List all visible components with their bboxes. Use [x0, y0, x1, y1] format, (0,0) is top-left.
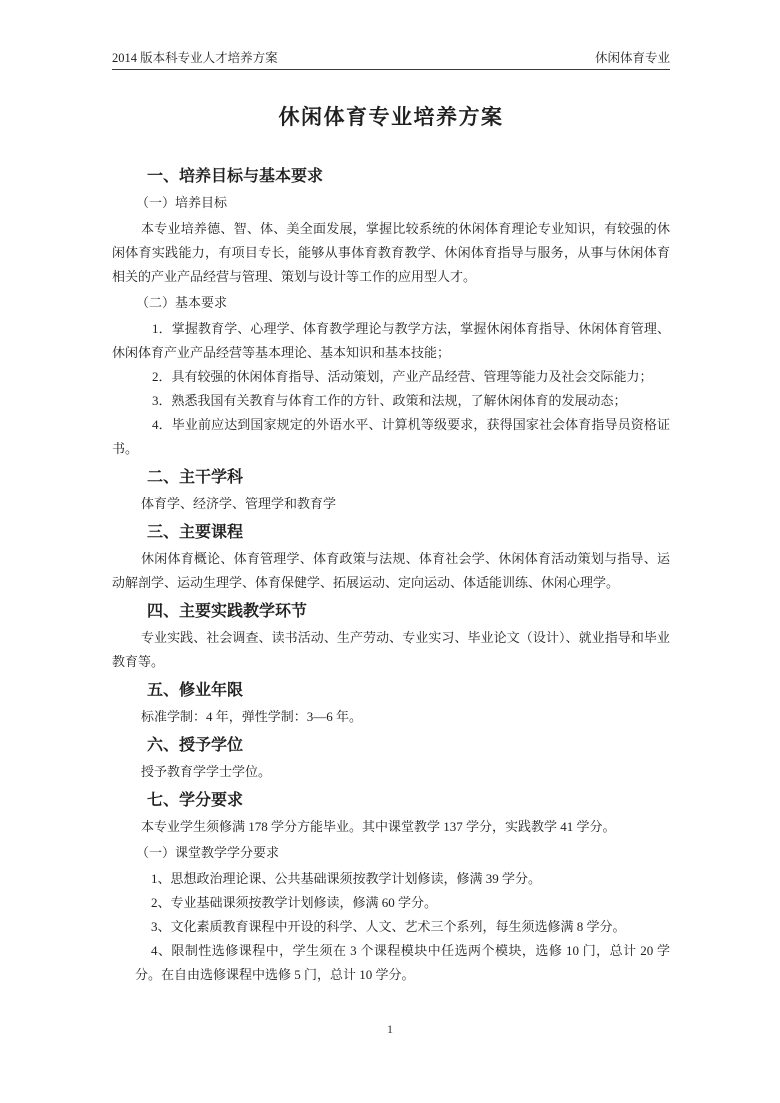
- section-4-heading: 四、主要实践教学环节: [112, 599, 670, 624]
- section-7-item-3: 3、文化素质教育课程中开设的科学、人文、艺术三个系列，每生须选修满 8 学分。: [112, 915, 670, 939]
- document-page: 2014 版本科专业人才培养方案 休闲体育专业 休闲体育专业培养方案 一、培养目…: [0, 0, 780, 1103]
- section-7-item-4: 4、限制性选修课程中，学生须在 3 个课程模块中任选两个模块，选修 10 门，总…: [112, 939, 670, 987]
- section-6-paragraph: 授予教育学学士学位。: [112, 760, 670, 784]
- section-1-heading: 一、培养目标与基本要求: [112, 164, 670, 189]
- page-number: 1: [387, 1022, 393, 1036]
- section-5-paragraph: 标准学制：4 年，弹性学制：3—6 年。: [112, 705, 670, 729]
- section-1-paragraph-1: 本专业培养德、智、体、美全面发展，掌握比较系统的休闲体育理论专业知识，有较强的休…: [112, 217, 670, 289]
- section-3-heading: 三、主要课程: [112, 520, 670, 545]
- section-1-item-4: 4．毕业前应达到国家规定的外语水平、计算机等级要求，获得国家社会体育指导员资格证…: [112, 413, 670, 461]
- section-2-paragraph: 体育学、经济学、管理学和教育学: [112, 492, 670, 516]
- section-1-item-1: 1．掌握教育学、心理学、体育教学理论与教学方法，掌握休闲体育指导、休闲体育管理、…: [112, 317, 670, 365]
- section-7-intro: 本专业学生须修满 178 学分方能毕业。其中课堂教学 137 学分，实践教学 4…: [112, 815, 670, 839]
- section-7-heading: 七、学分要求: [112, 788, 670, 813]
- section-1-subheading-1: （一）培养目标: [112, 191, 670, 215]
- document-content: 休闲体育专业培养方案 一、培养目标与基本要求 （一）培养目标 本专业培养德、智、…: [112, 88, 670, 987]
- section-7-subheading-1: （一）课堂教学学分要求: [112, 841, 670, 865]
- section-4-paragraph: 专业实践、社会调查、读书活动、生产劳动、专业实习、毕业论文（设计）、就业指导和毕…: [112, 626, 670, 674]
- section-5-heading: 五、修业年限: [112, 678, 670, 703]
- section-1-subheading-2: （二）基本要求: [112, 291, 670, 315]
- header-right-text: 休闲体育专业: [595, 50, 670, 66]
- page-footer: 1: [0, 1022, 780, 1037]
- section-2-heading: 二、主干学科: [112, 465, 670, 490]
- section-7-item-2: 2、专业基础课须按教学计划修读，修满 60 学分。: [112, 891, 670, 915]
- document-title: 休闲体育专业培养方案: [112, 102, 670, 132]
- section-6-heading: 六、授予学位: [112, 733, 670, 758]
- section-7-item-1: 1、思想政治理论课、公共基础课须按教学计划修读，修满 39 学分。: [112, 867, 670, 891]
- section-3-paragraph: 休闲体育概论、体育管理学、体育政策与法规、体育社会学、休闲体育活动策划与指导、运…: [112, 547, 670, 595]
- page-header: 2014 版本科专业人才培养方案 休闲体育专业: [112, 50, 670, 70]
- section-1-item-3: 3．熟悉我国有关教育与体育工作的方针、政策和法规，了解休闲体育的发展动态；: [112, 389, 670, 413]
- section-1-item-2: 2．具有较强的休闲体育指导、活动策划，产业产品经营、管理等能力及社会交际能力；: [112, 365, 670, 389]
- header-left-text: 2014 版本科专业人才培养方案: [112, 50, 278, 66]
